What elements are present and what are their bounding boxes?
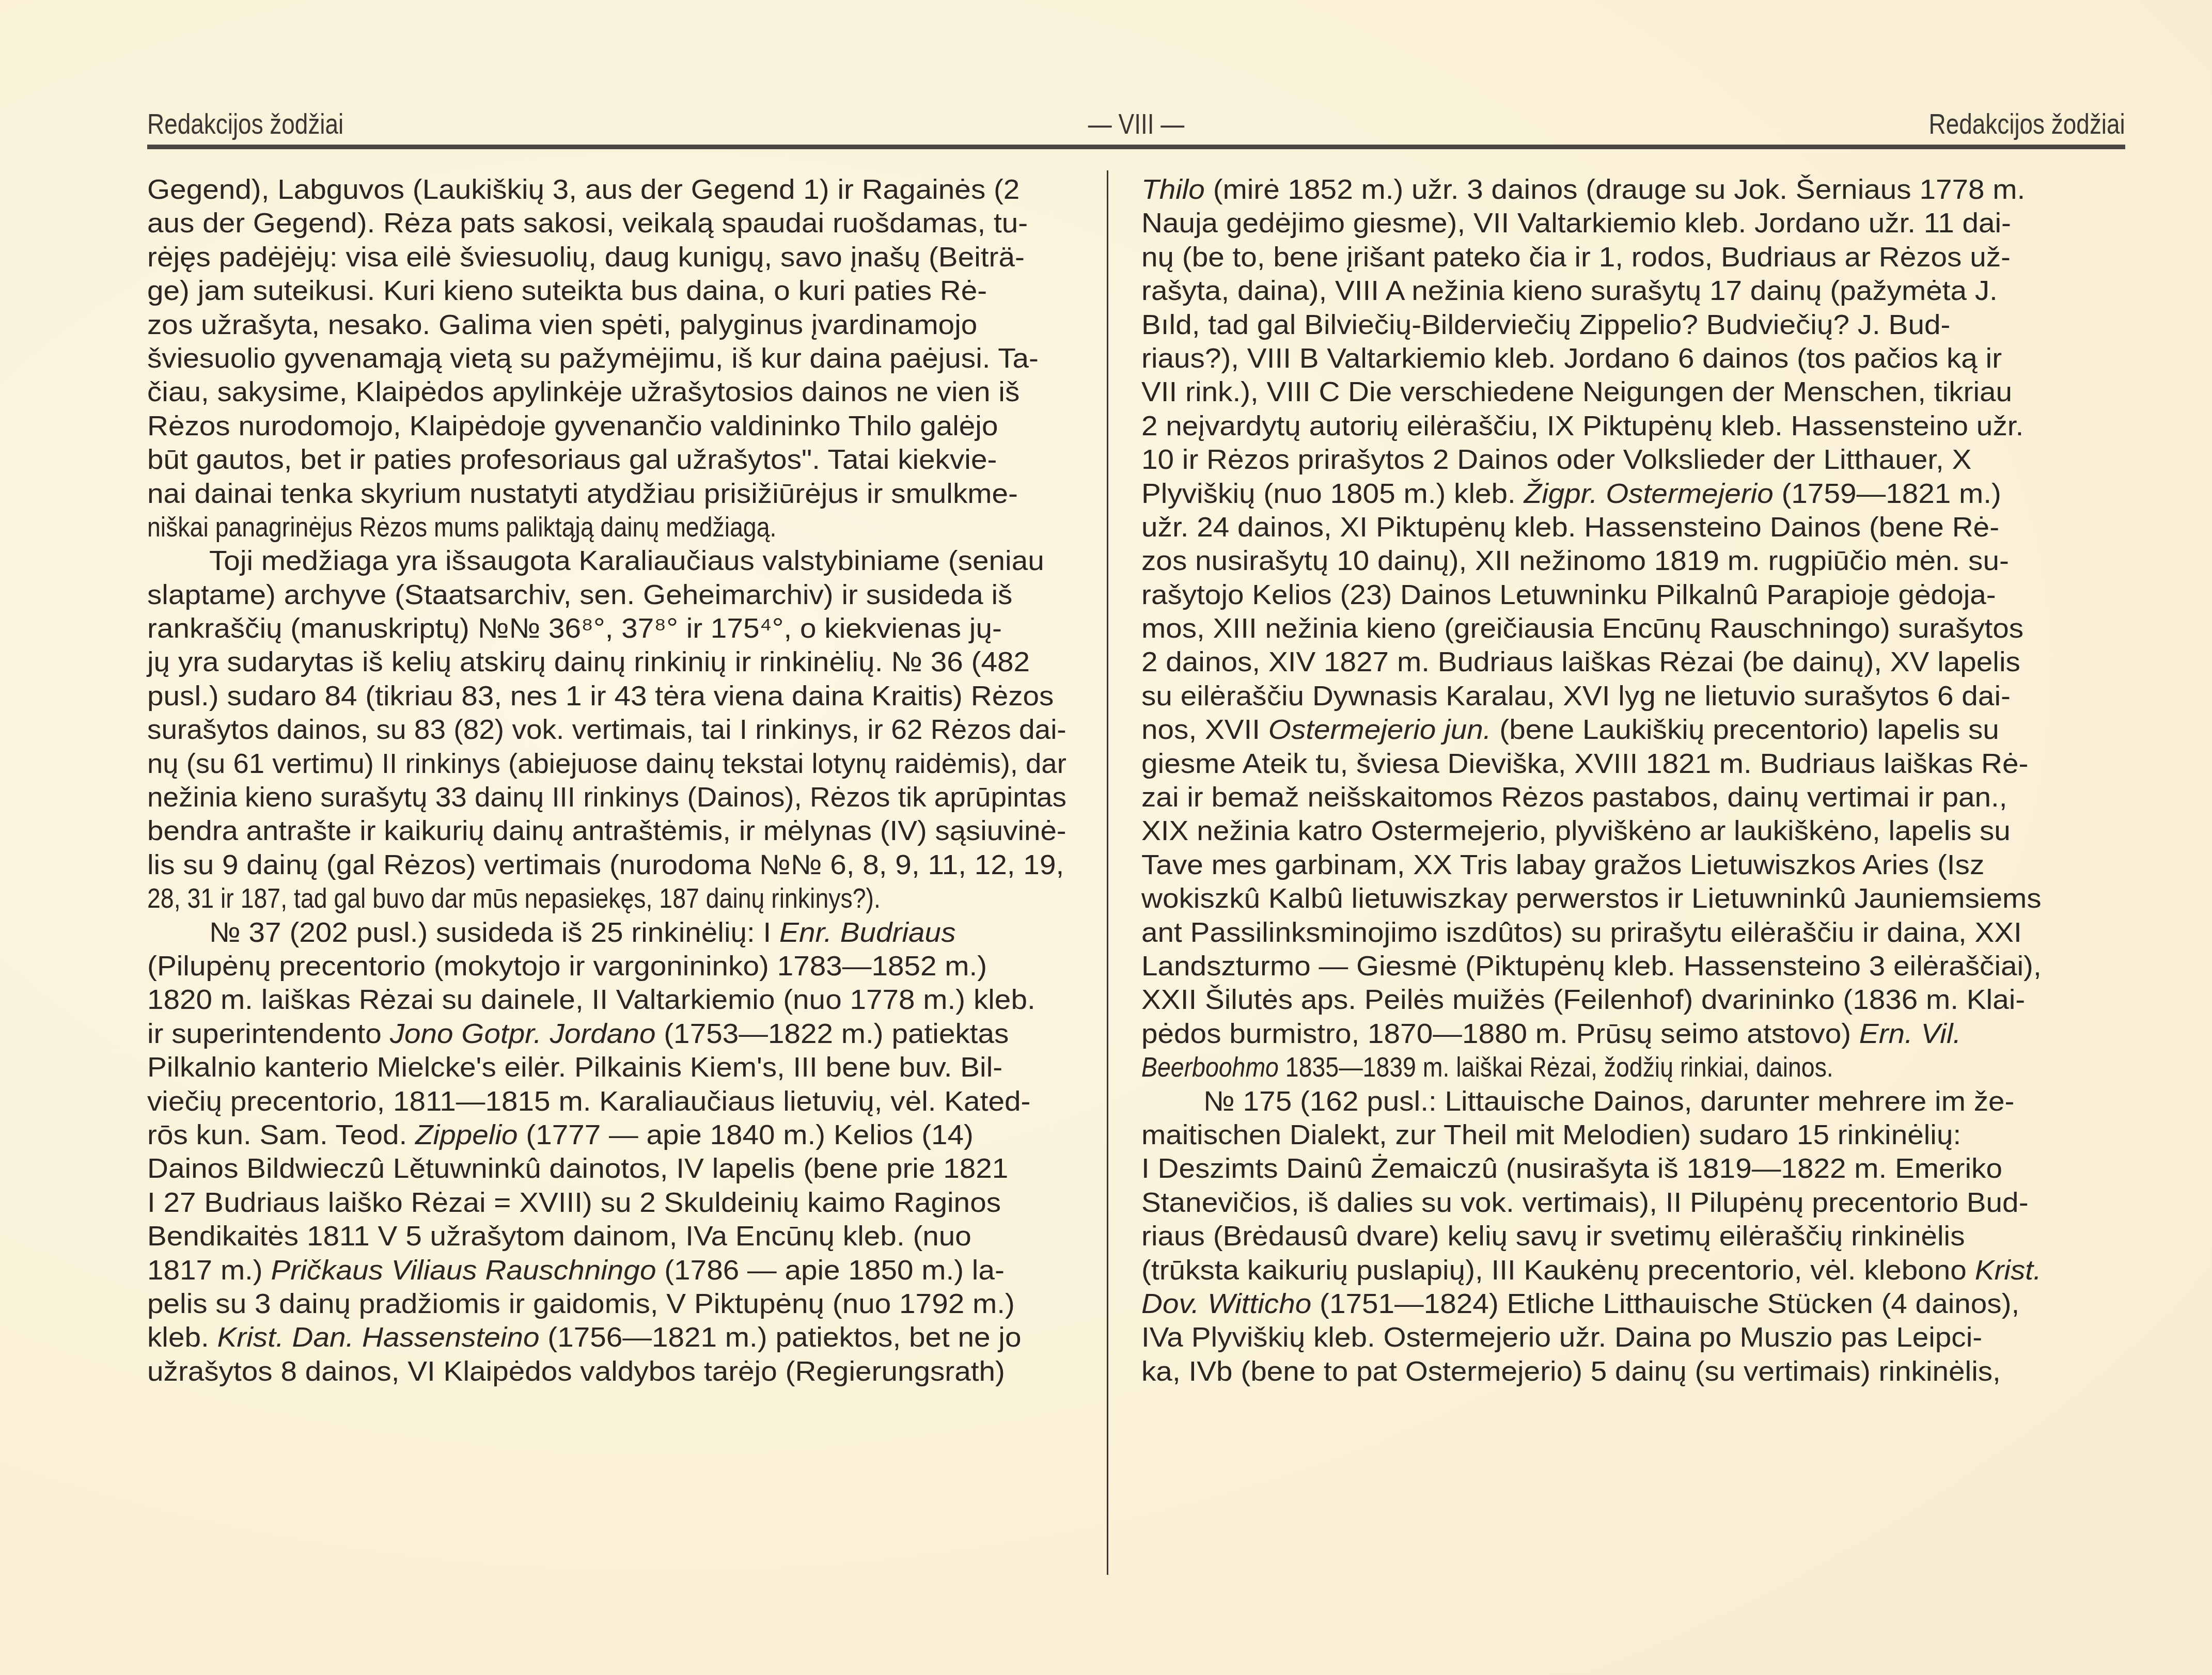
text-line: zos užrašyta, nesako. Galima vien spėti,… [147,308,1066,342]
text-line-content: Bıld, tad gal Bilviečių-Bilderviečių Zip… [1141,308,1950,342]
text-line-content: I 27 Budriaus laiško Rėzai = XVIII) su 2… [147,1186,1001,1220]
text-line-content: Toji medžiaga yra išsaugota Karaliaučiau… [209,544,1044,578]
text-line-content: ir superintendento Jono Gotpr. Jordano (… [147,1017,1009,1051]
text-line-content: Gegend), Labguvos (Laukiškių 3, aus der … [147,173,1019,207]
text-segment: kleb. [147,1322,217,1353]
text-line-content: Beerboohmo 1835—1839 m. laiškai Rėzai, ž… [1141,1051,1833,1084]
text-line-content: zos nusirašytų 10 dainų), XII nežinomo 1… [1141,544,2009,578]
text-line-content: pelis su 3 dainų pradžiomis ir gaidomis,… [147,1287,1015,1321]
text-line-content: № 175 (162 pusl.: Littauische Dainos, da… [1203,1085,2014,1118]
italic-name: Pričkaus Viliaus Rauschningo [271,1255,656,1286]
text-line-content: 1820 m. laiškas Rėzai su dainele, II Val… [147,983,1036,1017]
text-line: nų (su 61 vertimu) II rinkinys (abiejuos… [147,747,1066,781]
text-line: viečių precentorio, 1811—1815 m. Karalia… [147,1085,1066,1118]
text-line-content: su eilėraščiu Dywnasis Karalau, XVI lyg … [1141,680,2011,713]
text-line-content: čiau, sakysime, Klaipėdos apylinkėje užr… [147,375,1019,409]
text-line: pusl.) sudaro 84 (tikriau 83, nes 1 ir 4… [147,680,1066,713]
text-line: Gegend), Labguvos (Laukiškių 3, aus der … [147,173,1066,207]
italic-name: Krist. Dan. Hassensteino [217,1322,540,1353]
text-line-content: (trūksta kaikurių puslapių), III Kaukėnų… [1141,1254,2042,1287]
column-separator [1107,170,1108,1575]
text-line: aus der Gegend). Rėza pats sakosi, veika… [147,207,1066,240]
text-line: Dov. Witticho (1751—1824) Etliche Littha… [1141,1287,2125,1321]
text-line: rōs kun. Sam. Teod. Zippelio (1777 — api… [147,1118,1066,1152]
page-number: — VIII — [1088,103,1184,145]
text-line: ir superintendento Jono Gotpr. Jordano (… [147,1017,1066,1051]
text-line: IVa Plyviškių kleb. Ostermejerio užr. Da… [1141,1321,2125,1354]
text-line-content: Stanevičios, iš dalies su vok. vertimais… [1141,1186,2029,1220]
text-line: ge) jam suteikusi. Kuri kieno suteikta b… [147,274,1066,308]
text-line-content: nų (su 61 vertimu) II rinkinys (abiejuos… [147,747,1066,781]
text-line: rankraščių (manuskriptų) №№ 36⁸°, 37⁸° i… [147,612,1066,645]
text-line-content: Pilkalnio kanterio Mielcke's eilėr. Pilk… [147,1051,1002,1084]
text-line-content: Plyviškių (nuo 1805 m.) kleb. Žigpr. Ost… [1141,477,2001,511]
text-line: Pilkalnio kanterio Mielcke's eilėr. Pilk… [147,1051,1066,1084]
text-line: Beerboohmo 1835—1839 m. laiškai Rėzai, ž… [1141,1051,2125,1084]
text-segment: (1777 — apie 1840 m.) Kelios (14) [518,1119,974,1150]
text-line-content: 10 ir Rėzos prirašytos 2 Dainos oder Vol… [1141,443,1971,477]
text-line: bendra antrašte ir kaikurių dainų antraš… [147,814,1066,848]
text-line: Plyviškių (nuo 1805 m.) kleb. Žigpr. Ost… [1141,477,2125,511]
text-segment: (bene Laukiškių precentorio) lapelis su [1492,714,1999,745]
text-line: 1817 m.) Pričkaus Viliaus Rauschningo (1… [147,1254,1066,1287]
text-line-content: rėjęs padėjėjų: visa eilė šviesuolių, da… [147,241,1025,274]
text-line-content: pusl.) sudaro 84 (tikriau 83, nes 1 ir 4… [147,680,1054,713]
header-right-title: Redakcijos žodžiai [1929,103,2125,145]
text-line: su eilėraščiu Dywnasis Karalau, XVI lyg … [1141,680,2125,713]
text-line-content: I Deszimts Dainû Żemaiczû (nusirašyta iš… [1141,1152,2002,1186]
text-line: zos nusirašytų 10 dainų), XII nežinomo 1… [1141,544,2125,578]
italic-name: Krist. [1975,1255,2042,1286]
text-line: 2 neįvardytų autorių eilėraščiu, IX Pikt… [1141,409,2125,443]
text-line-content: šviesuolio gyvenamąją vietą su pažymėjim… [147,342,1039,375]
text-line-content: 2 dainos, XIV 1827 m. Budriaus laiškas R… [1141,645,2020,679]
text-line-content: Nauja gedėjimo giesme), VII Valtarkiemio… [1141,207,2011,240]
text-line: Nauja gedėjimo giesme), VII Valtarkiemio… [1141,207,2125,240]
text-line: № 37 (202 pusl.) susideda iš 25 rinkinėl… [147,916,1066,950]
text-line-content: VII rink.), VIII C Die verschiedene Neig… [1141,375,2012,409]
text-line: Bendikaitės 1811 V 5 užrašytom dainom, I… [147,1220,1066,1253]
text-line: nai dainai tenka skyrium nustatyti atydž… [147,477,1066,511]
text-line-content: aus der Gegend). Rėza pats sakosi, veika… [147,207,1028,240]
text-segment: 1817 m.) [147,1255,271,1286]
left-column: Gegend), Labguvos (Laukiškių 3, aus der … [147,173,1066,1388]
text-line-content: kleb. Krist. Dan. Hassensteino (1756—182… [147,1321,1021,1354]
text-segment: № 37 (202 pusl.) susideda iš 25 rinkinėl… [209,917,779,948]
text-line-content: lis su 9 dainų (gal Rėzos) vertimais (nu… [147,848,1064,882]
text-line: wokiszkû Kalbû lietuwiszkay perwerstos i… [1141,882,2125,915]
text-line: čiau, sakysime, Klaipėdos apylinkėje užr… [147,375,1066,409]
text-line-content: № 37 (202 pusl.) susideda iš 25 rinkinėl… [209,916,955,950]
italic-name: Zippelio [415,1119,518,1150]
text-line: užrašytos 8 dainos, VI Klaipėdos valdybo… [147,1355,1066,1388]
italic-name: Ern. Vil. [1859,1018,1961,1049]
text-segment: (1751—1824) Etliche Litthauische Stücken… [1311,1288,2019,1319]
italic-name: Ostermejerio jun. [1268,714,1492,745]
text-segment: rōs kun. Sam. Teod. [147,1119,415,1150]
text-line: nežinia kieno surašytų 33 dainų III rink… [147,781,1066,814]
text-segment: 1835—1839 m. laiškai Rėzai, žodžių rinki… [1279,1052,1833,1083]
text-line-content: nų (be to, bene įrišant pateko čia ir 1,… [1141,241,2011,274]
text-line-content: ge) jam suteikusi. Kuri kieno suteikta b… [147,274,987,308]
text-line-content: riaus?), VIII B Valtarkiemio kleb. Jorda… [1141,342,2002,375]
text-line: Dainos Bildwieczû Lětuwninkû dainotos, I… [147,1152,1066,1186]
text-segment: ir superintendento [147,1018,390,1049]
text-segment: Plyviškių (nuo 1805 m.) kleb. [1141,478,1524,509]
text-line: nos, XVII Ostermejerio jun. (bene Laukiš… [1141,713,2125,747]
text-line: riaus?), VIII B Valtarkiemio kleb. Jorda… [1141,342,2125,375]
text-line: giesme Ateik tu, šviesa Dieviška, XVIII … [1141,747,2125,781]
text-line-content: Thilo (mirė 1852 m.) užr. 3 dainos (drau… [1141,173,2025,207]
text-line: ant Passilinksminojimo iszdûtos) su prir… [1141,916,2125,950]
text-line: būt gautos, bet ir paties profesoriaus g… [147,443,1066,477]
text-line-content: rašytojo Kelios (23) Dainos Letuwninku P… [1141,578,1996,612]
text-line-content: Dainos Bildwieczû Lětuwninkû dainotos, I… [147,1152,1008,1186]
text-line: jų yra sudarytas iš kelių atskirų dainų … [147,645,1066,679]
text-line: (trūksta kaikurių puslapių), III Kaukėnų… [1141,1254,2125,1287]
text-line-content: būt gautos, bet ir paties profesoriaus g… [147,443,997,477]
text-line: niškai panagrinėjus Rėzos mums paliktąją… [147,511,1066,544]
text-line: XIX nežinia katro Ostermejerio, plyviškė… [1141,814,2125,848]
text-line-content: mos, XIII nežinia kieno (greičiausia Enc… [1141,612,2023,645]
text-line: Tave mes garbinam, XX Tris labay gražos … [1141,848,2125,882]
text-line: rašyta, daina), VIII A nežinia kieno sur… [1141,274,2125,308]
text-line-content: 1817 m.) Pričkaus Viliaus Rauschningo (1… [147,1254,1005,1287]
text-line: nų (be to, bene įrišant pateko čia ir 1,… [1141,241,2125,274]
text-line: maitischen Dialekt, zur Theil mit Melodi… [1141,1118,2125,1152]
text-line-content: rašyta, daina), VIII A nežinia kieno sur… [1141,274,1998,308]
text-line: zai ir bemaž neišskaitomos Rėzos pastabo… [1141,781,2125,814]
text-line-content: viečių precentorio, 1811—1815 m. Karalia… [147,1085,1030,1118]
text-line-content: 2 neįvardytų autorių eilėraščiu, IX Pikt… [1141,409,2023,443]
italic-name: Žigpr. Ostermejerio [1524,478,1774,509]
text-line-content: rankraščių (manuskriptų) №№ 36⁸°, 37⁸° i… [147,612,1002,645]
text-line: Bıld, tad gal Bilviečių-Bilderviečių Zip… [1141,308,2125,342]
text-line: rašytojo Kelios (23) Dainos Letuwninku P… [1141,578,2125,612]
text-line: № 175 (162 pusl.: Littauische Dainos, da… [1141,1085,2125,1118]
text-line: šviesuolio gyvenamąją vietą su pažymėjim… [147,342,1066,375]
text-line: (Pilupėnų precentorio (mokytojo ir vargo… [147,950,1066,983]
text-line: 28, 31 ir 187, tad gal buvo dar mūs nepa… [147,882,1066,915]
text-line-content: užrašytos 8 dainos, VI Klaipėdos valdybo… [147,1355,1005,1388]
text-line: Stanevičios, iš dalies su vok. vertimais… [1141,1186,2125,1220]
text-line: Landszturmo — Giesmė (Piktupėnų kleb. Ha… [1141,950,2125,983]
text-segment: pėdos burmistro, 1870—1880 m. Prūsų seim… [1141,1018,1859,1049]
text-line: I Deszimts Dainû Żemaiczû (nusirašyta iš… [1141,1152,2125,1186]
italic-name: Jono Gotpr. Jordano [390,1018,656,1049]
text-line-content: riaus (Brėdausû dvare) kelių savų ir sve… [1141,1220,1965,1253]
text-line-content: Landszturmo — Giesmė (Piktupėnų kleb. Ha… [1141,950,2042,983]
text-line-content: giesme Ateik tu, šviesa Dieviška, XVIII … [1141,747,2028,781]
text-line: VII rink.), VIII C Die verschiedene Neig… [1141,375,2125,409]
text-line: ka, IVb (bene to pat Ostermejerio) 5 dai… [1141,1355,2125,1388]
text-line-content: nos, XVII Ostermejerio jun. (bene Laukiš… [1141,713,1999,747]
text-line-content: surašytos dainos, su 83 (82) vok. vertim… [147,713,1066,747]
text-segment: (mirė 1852 m.) užr. 3 dainos (drauge su … [1205,174,2025,205]
text-line-content: XIX nežinia katro Ostermejerio, plyviškė… [1141,814,2011,848]
text-line-content: XXII Šilutės aps. Peilės muižės (Feilenh… [1141,983,2025,1017]
text-segment: (1753—1822 m.) patiektas [655,1018,1009,1049]
text-line-content: užr. 24 dainos, XI Piktupėnų kleb. Hasse… [1141,511,1999,544]
text-line-content: bendra antrašte ir kaikurių dainų antraš… [147,814,1066,848]
text-line: užr. 24 dainos, XI Piktupėnų kleb. Hasse… [1141,511,2125,544]
text-line-content: wokiszkû Kalbû lietuwiszkay perwerstos i… [1141,882,2042,915]
text-line-content: maitischen Dialekt, zur Theil mit Melodi… [1141,1118,1961,1152]
text-line-content: pėdos burmistro, 1870—1880 m. Prūsų seim… [1141,1017,1961,1051]
text-line: XXII Šilutės aps. Peilės muižės (Feilenh… [1141,983,2125,1017]
text-line: I 27 Budriaus laiško Rėzai = XVIII) su 2… [147,1186,1066,1220]
text-line-content: rōs kun. Sam. Teod. Zippelio (1777 — api… [147,1118,974,1152]
text-line: mos, XIII nežinia kieno (greičiausia Enc… [1141,612,2125,645]
text-line: pelis su 3 dainų pradžiomis ir gaidomis,… [147,1287,1066,1321]
italic-name: Beerboohmo [1141,1052,1279,1083]
text-segment: (1759—1821 m.) [1774,478,2001,509]
text-line: 1820 m. laiškas Rėzai su dainele, II Val… [147,983,1066,1017]
text-segment: nos, XVII [1141,714,1268,745]
text-line-content: ant Passilinksminojimo iszdûtos) su prir… [1141,916,2022,950]
text-line-content: Rėzos nurodomojo, Klaipėdoje gyvenančio … [147,409,998,443]
text-line-content: nai dainai tenka skyrium nustatyti atydž… [147,477,1018,511]
running-header: Redakcijos žodžiai — VIII — Redakcijos ž… [147,103,2125,145]
text-line: rėjęs padėjėjų: visa eilė šviesuolių, da… [147,241,1066,274]
text-segment: (1786 — apie 1850 m.) la- [656,1255,1004,1286]
text-line-content: jų yra sudarytas iš kelių atskirų dainų … [147,645,1030,679]
text-line: 10 ir Rėzos prirašytos 2 Dainos oder Vol… [1141,443,2125,477]
text-line-content: nežinia kieno surašytų 33 dainų III rink… [147,781,1066,814]
text-line: pėdos burmistro, 1870—1880 m. Prūsų seim… [1141,1017,2125,1051]
text-line: Toji medžiaga yra išsaugota Karaliaučiau… [147,544,1066,578]
text-line-content: (Pilupėnų precentorio (mokytojo ir vargo… [147,950,987,983]
text-line: surašytos dainos, su 83 (82) vok. vertim… [147,713,1066,747]
right-column: Thilo (mirė 1852 m.) užr. 3 dainos (drau… [1141,173,2125,1388]
header-left-title: Redakcijos žodžiai [147,103,343,145]
text-line-content: zai ir bemaž neišskaitomos Rėzos pastabo… [1141,781,2007,814]
text-line-content: slaptame) archyve (Staatsarchiv, sen. Ge… [147,578,1012,612]
text-line-content: 28, 31 ir 187, tad gal buvo dar mūs nepa… [147,882,881,915]
text-line: kleb. Krist. Dan. Hassensteino (1756—182… [147,1321,1066,1354]
text-line: lis su 9 dainų (gal Rėzos) vertimais (nu… [147,848,1066,882]
text-line-content: IVa Plyviškių kleb. Ostermejerio užr. Da… [1141,1321,1982,1354]
text-line-content: Dov. Witticho (1751—1824) Etliche Littha… [1141,1287,2019,1321]
text-line-content: Tave mes garbinam, XX Tris labay gražos … [1141,848,1984,882]
text-line: Rėzos nurodomojo, Klaipėdoje gyvenančio … [147,409,1066,443]
text-line-content: niškai panagrinėjus Rėzos mums paliktąją… [147,511,776,544]
text-line: Thilo (mirė 1852 m.) užr. 3 dainos (drau… [1141,173,2125,207]
text-line: 2 dainos, XIV 1827 m. Budriaus laiškas R… [1141,645,2125,679]
italic-name: Thilo [1141,174,1205,205]
text-segment: (trūksta kaikurių puslapių), III Kaukėnų… [1141,1255,1975,1286]
italic-name: Enr. Budriaus [779,917,955,948]
italic-name: Dov. Witticho [1141,1288,1311,1319]
header-rule [147,145,2125,149]
text-line: riaus (Brėdausû dvare) kelių savų ir sve… [1141,1220,2125,1253]
text-line-content: zos užrašyta, nesako. Galima vien spėti,… [147,308,977,342]
text-line-content: ka, IVb (bene to pat Ostermejerio) 5 dai… [1141,1355,2001,1388]
text-segment: (1756—1821 m.) patiektos, bet ne jo [540,1322,1022,1353]
text-line: slaptame) archyve (Staatsarchiv, sen. Ge… [147,578,1066,612]
text-line-content: Bendikaitės 1811 V 5 užrašytom dainom, I… [147,1220,971,1253]
